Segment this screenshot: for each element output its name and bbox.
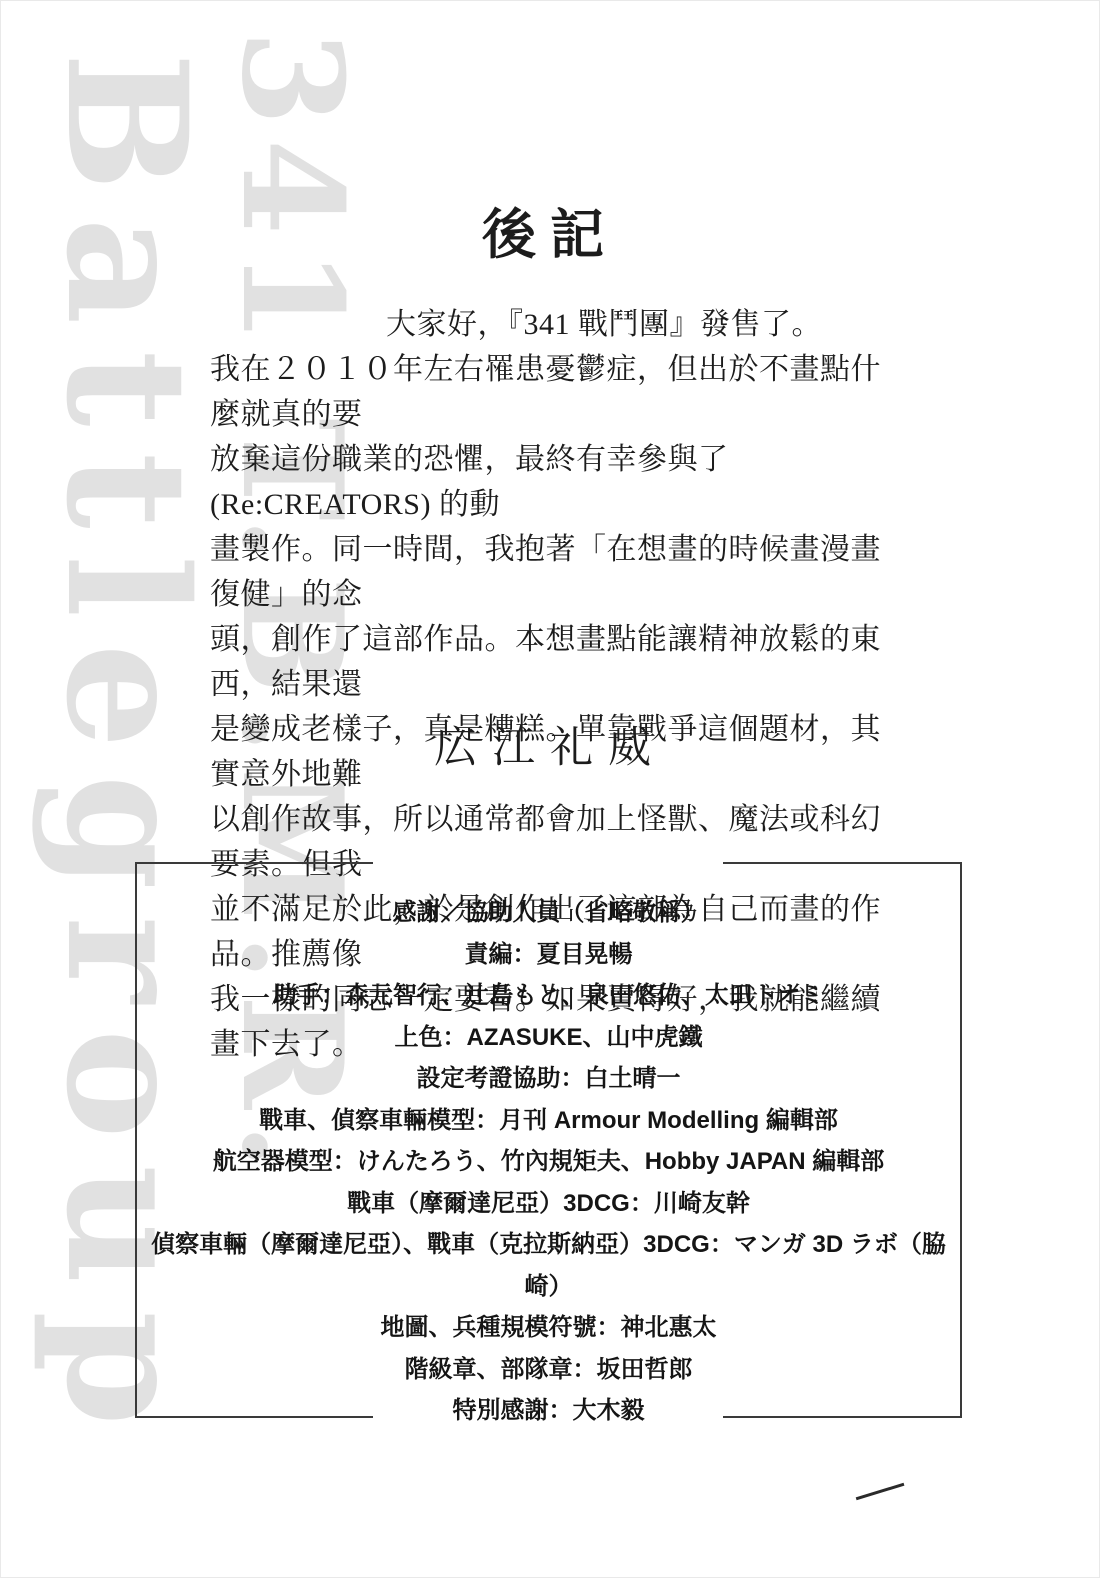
credits-list: 感謝／協助人員（省略敬稱） 責編：夏目晃暢 助手：森元智行、辻島もと、泉田悠佑、… [135,892,962,1432]
credits-line: 地圖、兵種規模符號：神北惠太 [135,1307,962,1349]
credits-line: 航空器模型：けんたろう、竹內規矩夫、Hobby JAPAN 編輯部 [135,1141,962,1183]
afterword-page: Battlegroup 341 T.B.M.R. 後記 大家好，『341 戰鬥團… [0,0,1100,1578]
credits-line: 感謝／協助人員（省略敬稱） [135,892,962,934]
credits-line: 偵察車輛（摩爾達尼亞）、戰車（克拉斯納亞）3DCG：マンガ 3D ラボ（脇崎） [135,1224,962,1307]
page-content: 後記 大家好，『341 戰鬥團』發售了。 我在２０１０年左右罹患憂鬱症，但出於不… [0,0,1100,1578]
afterword-line: 我在２０１０年左右罹患憂鬱症，但出於不畫點什麼就真的要 [210,347,886,437]
afterword-line: 頭，創作了這部作品。本想畫點能讓精神放鬆的東西，結果還 [210,617,886,707]
afterword-line: 放棄這份職業的恐懼，最終有幸參與了 (Re:CREATORS) 的動 [210,437,886,527]
afterword-line: 畫製作。同一時間，我抱著「在想畫的時候畫漫畫復健」的念 [210,527,886,617]
pen-stroke-artifact [856,1483,905,1500]
credits-line: 特別感謝：大木毅 [135,1390,962,1432]
afterword-greeting: 大家好，『341 戰鬥團』發售了。 [210,302,886,347]
credits-box: 感謝／協助人員（省略敬稱） 責編：夏目晃暢 助手：森元智行、辻島もと、泉田悠佑、… [135,862,962,1418]
credits-line: 責編：夏目晃暢 [135,934,962,976]
credits-line: 設定考證協助：白土晴一 [135,1058,962,1100]
box-border-top-left [135,862,373,864]
credits-line: 戰車、偵察車輛模型：月刊 Armour Modelling 編輯部 [135,1100,962,1142]
page-title: 後記 [0,192,1100,269]
box-border-top-right [723,862,961,864]
author-name: 広江礼威 [0,714,1100,775]
credits-line: 階級章、部隊章：坂田哲郎 [135,1349,962,1391]
credits-line: 上色：AZASUKE、山中虎鐵 [135,1017,962,1059]
credits-line: 助手：森元智行、辻島もと、泉田悠佑、太田トオミ [135,975,962,1017]
credits-line: 戰車（摩爾達尼亞）3DCG：川崎友幹 [135,1183,962,1225]
